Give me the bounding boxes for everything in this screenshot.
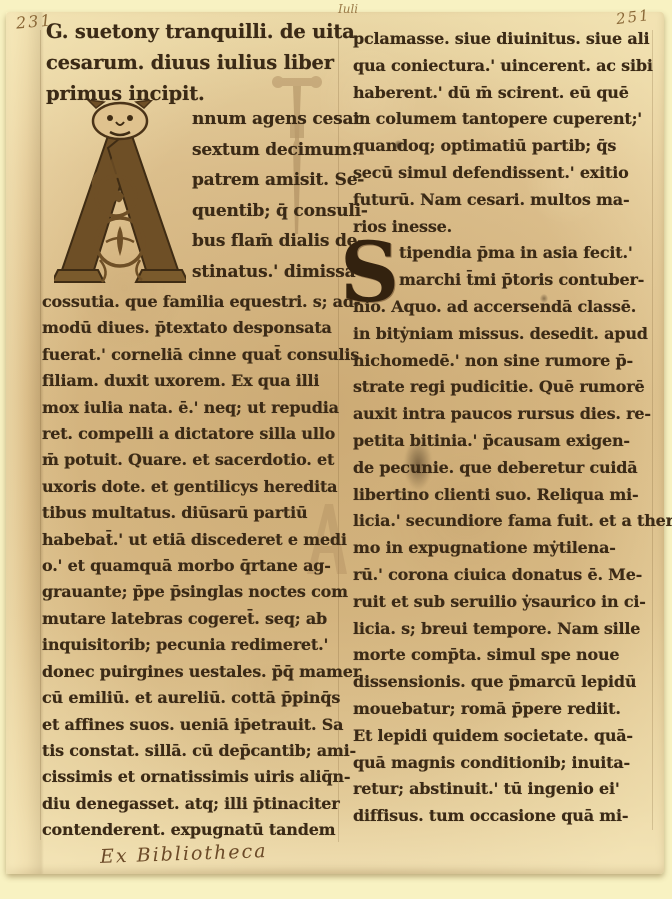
text-line: grauante; p̄pe p̄singlas noctes com xyxy=(42,579,361,605)
text-line: libertino clienti suo. Reliqua mi- xyxy=(353,482,672,509)
text-line: dissensionis. que p̄marcū lepidū xyxy=(353,669,672,696)
text-line: strate regi pudicitie. Quē rumorē xyxy=(353,374,672,401)
text-line: petita bitinia.' p̄causam exigen- xyxy=(353,428,672,455)
text-line: uxoris dote. et gentilicys heredita xyxy=(42,474,361,500)
text-line: licia.' secundiore fama fuit. et a ther- xyxy=(353,508,672,535)
text-line: licia. s; breui tempore. Nam sille xyxy=(353,616,672,643)
text-line: secū simul defendissent.' exitio xyxy=(353,160,653,187)
text-line: mouebatur; romā p̄pere rediit. xyxy=(353,696,672,723)
text-line: cossutia. que familia equestri. s; ad- xyxy=(42,289,361,315)
text-line: morte comp̄ta. simul spe noue xyxy=(353,642,672,669)
top-center-annotation: Iuli xyxy=(338,2,358,16)
text-line: donec puirgines uestales. p̄q̄ mamer xyxy=(42,659,361,685)
text-line: nio. Aquo. ad accersendā classē. xyxy=(353,294,672,321)
text-line: quandoq; optimatiū partib; q̄s xyxy=(353,133,653,160)
text-line: diffisus. tum occasione quā mi- xyxy=(353,803,672,830)
text-line: diu denegasset. atq; illi p̄tinaciter xyxy=(42,791,361,817)
text-line: mo in expugnatione mẏtilena- xyxy=(353,535,672,562)
right-column-top: pclamasse. siue diuinitus. siue aliqua c… xyxy=(353,26,653,240)
text-line: tis constat. sillā. cū dep̄cantib; ami- xyxy=(42,738,361,764)
text-line: nichomedē.' non sine rumore p̄- xyxy=(353,348,672,375)
text-line: ruit et sub seruilio ẏsaurico in ci- xyxy=(353,589,672,616)
text-line: futurū. Nam cesari. multos ma- xyxy=(353,187,653,214)
text-line: mox iulia nata. ē.' neq; ut repudia xyxy=(42,395,361,421)
text-line: habebat̄.' ut etiā discederet e medi xyxy=(42,527,361,553)
text-line: Et lepidi quidem societate. quā- xyxy=(353,723,672,750)
text-line: quentib; q̄ consuli- xyxy=(192,196,368,227)
text-line: cissimis et ornatissimis uiris aliq̄n- xyxy=(42,764,361,790)
text-line: in columem tantopere cuperent;' xyxy=(353,106,653,133)
text-line: nnum agens cesar xyxy=(192,104,368,135)
text-line: inquisitorib; pecunia redimeret.' xyxy=(42,632,361,658)
text-line: m̄ potuit. Quare. et sacerdotio. et xyxy=(42,447,361,473)
text-line: cesarum. diuus iulius liber xyxy=(46,47,355,78)
text-line: marchi t̄mi p̄toris contuber- xyxy=(399,267,644,294)
text-line: pclamasse. siue diuinitus. siue ali xyxy=(353,26,653,53)
text-line: qua coniectura.' uincerent. ac sibi xyxy=(353,53,653,80)
incipit-heading: G. suetony tranquilli. de uitacesarum. d… xyxy=(46,16,355,109)
text-line: fuerat.' corneliā cinne quat̄ consulis xyxy=(42,342,361,368)
ruling-line-left xyxy=(40,30,41,840)
text-line: retur; abstinuit.' tū ingenio ei' xyxy=(353,776,672,803)
text-line: tibus multatus. diūsarū partiū xyxy=(42,500,361,526)
text-line: modū diues. p̄textato desponsata xyxy=(42,315,361,341)
text-line: patrem amisit. Se- xyxy=(192,165,368,196)
text-line: rū.' corona ciuica donatus ē. Me- xyxy=(353,562,672,589)
text-line: filiam. duxit uxorem. Ex qua illi xyxy=(42,368,361,394)
text-line: mutare latebras cogeret̄. seq; ab xyxy=(42,606,361,632)
manuscript-scan: 231 Iuli 251 G. suetony tranquilli. de u… xyxy=(0,0,672,899)
right-column-opening-lines: tipendia p̄ma in asia fecit.'marchi t̄mi… xyxy=(399,240,644,294)
text-line: o.' et quamquā morbo q̄rtane ag- xyxy=(42,553,361,579)
text-line: ret. compelli a dictatore silla ullo xyxy=(42,421,361,447)
text-line: sextum decimum. xyxy=(192,135,368,166)
text-line: de pecunie. que deberetur cuidā xyxy=(353,455,672,482)
text-line: G. suetony tranquilli. de uita xyxy=(46,16,355,47)
text-line: in bitẏniam missus. desedit. apud xyxy=(353,321,672,348)
text-line: quā magnis conditionib; inuita- xyxy=(353,750,672,777)
right-column-body: nio. Aquo. ad accersendā classē.in bitẏn… xyxy=(353,294,672,830)
text-line: contenderent. expugnatū tandem xyxy=(42,817,361,843)
text-line: et affines suos. ueniā ip̄etrauit. Sa xyxy=(42,712,361,738)
text-line: cū emiliū. et aureliū. cottā p̄pinq̄s xyxy=(42,685,361,711)
text-line: tipendia p̄ma in asia fecit.' xyxy=(399,240,644,267)
text-line: auxit intra paucos rursus dies. re- xyxy=(353,401,672,428)
decorated-initial-A xyxy=(54,100,186,292)
left-column-body: cossutia. que familia equestri. s; ad-mo… xyxy=(42,289,361,844)
text-line: haberent.' dū m̄ scirent. eū quē xyxy=(353,80,653,107)
